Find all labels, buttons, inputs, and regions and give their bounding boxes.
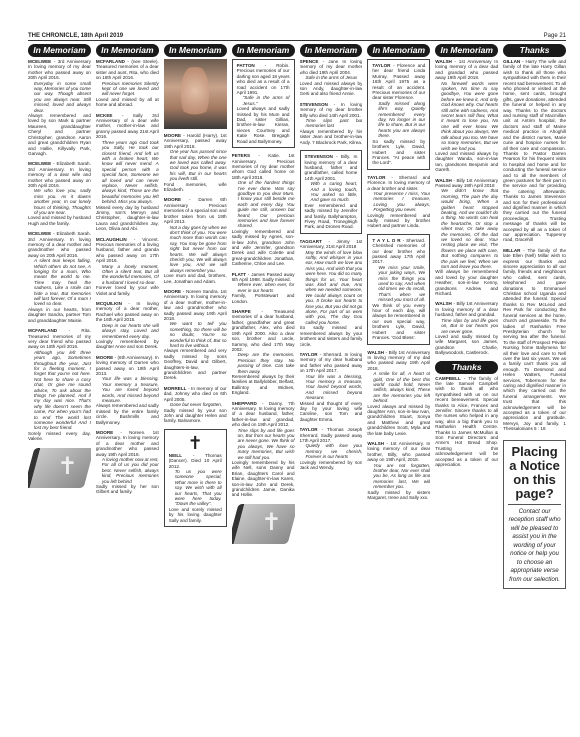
notice-verse: May the winds of love blow softly, And w… [300, 250, 363, 326]
notice: PLATT - James Passed away 6th April 1988… [232, 272, 295, 304]
notice-verse: No farewell words were spoken, No time t… [435, 81, 498, 151]
notice: GILLAN - Harry The wife and family of th… [503, 59, 566, 243]
notice: MCLAUGHLIN - Vincent. Precious memories … [96, 237, 159, 296]
notice-closing: Always in our hearts, from daughter Sand… [28, 307, 91, 323]
notice-closing: Ever remembered and sadly missed by Jenn… [305, 203, 358, 230]
notice-closing: Will always be remembered and loved by y… [435, 269, 498, 296]
notice-closing: Lovingly remembered by daughter Anne and… [96, 339, 159, 349]
notice-verse: Your life was a blessing, Your memory a … [96, 376, 159, 403]
notice: STEVENSON - Billy. In loving memory of a… [300, 150, 363, 234]
notice: WALSH - Billy 1st Anniversary In loving … [435, 301, 498, 355]
notice-verse: One of the hardest things I've ever done… [232, 180, 295, 229]
notice-surname: MOORE [164, 289, 181, 294]
notice-verse: Time slips past but memories last [300, 118, 363, 129]
notice: WALSH - 1st Anniversary In loving memory… [435, 59, 498, 173]
notice: TAGGART - Jimmy 1st Anniversary, 21st Ap… [300, 239, 363, 347]
notice-surname: TAGGART [300, 239, 322, 244]
notice-closing: Loved and missed always by daughter Wand… [435, 151, 498, 172]
section-banner: Thanks [503, 44, 566, 57]
notice-intro: - The family of the late Samuel Campbell… [435, 376, 498, 468]
notice-closing: Missed and thought of every day by your … [300, 401, 363, 422]
notice-verse: Everyday in some small way, Memories of … [28, 81, 91, 113]
notice: TAYLOR - Sherrard and Florence. In lovin… [367, 175, 430, 229]
notice-surname: WALSH [435, 301, 452, 306]
notice-closing: Lovingly remembered and sadly missed by … [232, 229, 295, 266]
notice: MOORE - (6th Anniversary). In loving mem… [96, 355, 159, 425]
notice-verse: Many a lonely moment, Often a silent tea… [96, 264, 159, 286]
notice-verse: Deep in our hearts she will always stay,… [96, 323, 159, 339]
notice: TAYLOR - Thomas Joseph Sherrard. Sadly p… [300, 427, 363, 470]
notice-closing: Loved always and missed by daughter Ann,… [367, 404, 430, 436]
notice-surname: SHARPE [232, 309, 251, 314]
notice-closing: Lovingly remembered by his wife Nell, so… [232, 460, 295, 497]
column-1: In MemoriamMCELWEE - 3rd Anniversary In … [28, 44, 91, 737]
notice: STEVENSON - In loving memory of my dear … [300, 102, 363, 145]
notice: MOORE - Harold (Harry), 1st Anniversary,… [164, 133, 227, 192]
notice-closing: Sadly missed by her son Gilbert and fami… [96, 484, 159, 494]
notice: MCKEE - Sally 3rd Anniversary of a dear … [96, 113, 159, 232]
notice-closing: Sadly missed by your son John and daught… [164, 408, 227, 424]
notice-verse: We want to tell you something, So there … [164, 321, 227, 348]
cross-icon: ✝ [169, 433, 222, 453]
notice-verse: We miss your smile, your joking ways, We… [372, 265, 425, 303]
notice: MCELWEE - Elizabeth Sarah. 3rd Anniversa… [28, 161, 91, 226]
column-8: ThanksGILLAN - Harry The wife and family… [503, 44, 566, 737]
notice: WALSH - Billy 1st Anniversary Passed awa… [435, 178, 498, 297]
placing-notice-box: Placing a Notice on this page?Contact ou… [503, 440, 566, 590]
notice-surname: MCFARLAND [96, 59, 125, 64]
notice-verse: We didn't know that morning, The pain th… [435, 188, 498, 269]
notice-surname: MCFARLAND [28, 328, 57, 333]
notice-surname: WALSH [435, 178, 452, 183]
section-banner: In Memoriam [164, 44, 227, 57]
page-number: Page 21 [544, 33, 566, 39]
notice-surname: MOORE [96, 355, 113, 360]
notice-closing: Lovingly remembered and sadly missed by … [367, 213, 430, 229]
notice-intro: - The family of the late Ellen (Nell) Mi… [503, 248, 566, 431]
notice: CAMPBELL - The family of the late Samuel… [435, 376, 498, 468]
notice-closing: Lovingly remembered by son Jack and Wend… [300, 460, 363, 470]
notice: WALSH - Billy 1st Anniversary In loving … [367, 350, 430, 437]
notice-closing: Missed every day by husband Jimmy, son's… [96, 205, 159, 232]
notice-verse: Not a day goes by when we don't think of… [164, 225, 227, 274]
notice: MOORE - Darren 6th Anniversary Precious … [164, 197, 227, 284]
notice-closing: Forever loved by your wife Violet and fa… [96, 285, 159, 295]
notice: PATTON - Robin. Precious memories of our… [232, 59, 295, 148]
notice: MCELWEE - 3rd Anniversary In loving memo… [28, 59, 91, 156]
notice-surname: STEVENSON [305, 154, 333, 159]
notice-intro: - Noreen Sandra. 1st Anniversary. In lov… [164, 289, 227, 321]
notice: MCFARLAND - Rita. Treasured memories of … [28, 328, 91, 442]
notice: MCQUILKIN - In loving memory of a dear m… [96, 301, 159, 350]
notice-surname: MCELWEE [28, 161, 51, 166]
notice-closing: Always remembered and loved by son Mark … [28, 113, 91, 156]
notice: MCELWEE - Elizabeth Sarah. 3rd Anniversa… [28, 231, 91, 323]
notice-surname: NEILL [169, 453, 182, 458]
notice-closing: Always remembered and very sadly missed … [164, 348, 227, 380]
section-banner: In Memoriam [96, 44, 159, 57]
notice-verse: A silent tear keeps falling, Which other… [28, 258, 91, 307]
notice-closing: So sadly missed by brothers Lyle, David,… [372, 139, 425, 166]
section-banner: In Memoriam [28, 44, 91, 57]
notice-closing: We think of you every hour of each day, … [372, 303, 425, 340]
notice: SPENCE - Jane In loving memory of my dea… [300, 59, 363, 97]
section-banner: Thanks [435, 361, 498, 374]
notice-surname: MILLAR [503, 248, 520, 253]
notice-verse: Where ever, when ever, for ever in our h… [232, 282, 295, 293]
notice-verse: Time slips by and life goes on, But from… [232, 428, 295, 460]
notice-surname: MORRELL [164, 386, 187, 391]
notice-verse: Deep are the memories. Precious they sta… [232, 352, 295, 374]
notice-surname: TAYLOR [300, 352, 318, 357]
notice: T A Y L O R - Sherrard. Cherished memori… [367, 234, 430, 345]
notice-closing: Family, Portstewart and London. [232, 293, 295, 303]
notice-verse: Quietly with love your memory we cherish… [300, 443, 363, 459]
notice-surname: PLATT [232, 272, 246, 277]
notice-surname: MCKEE [96, 113, 113, 118]
notice-closing: Remembered always by their families at B… [232, 374, 295, 395]
notice-closing: Always remembered and sadly missed by th… [96, 403, 159, 424]
notice: WALSH - 1st Anniversary. In loving memor… [367, 441, 430, 500]
notice-intro: - Florence and her dear friend Linda Mur… [372, 63, 425, 100]
notice-closing: Loved and missed by husband Hugh and the… [28, 215, 91, 225]
notice-surname: MCELWEE [28, 59, 51, 64]
notice-verse: Time slips by and life goes on, But in o… [435, 318, 498, 334]
notice-surname: SHEPPARD [232, 401, 257, 406]
notice-surname: PATTON [237, 63, 255, 68]
notice: TAYLOR - Florence and her dear friend Li… [367, 59, 430, 170]
notice-closing: Love mum and dad, brothers, Lee, Jonatha… [164, 273, 227, 283]
notice: ✝NEILL - Thomas (Dancer). Died 10 April … [164, 429, 227, 527]
notice-surname: WALSH [435, 59, 452, 64]
placing-title: Placing a Notice on this page? [508, 445, 561, 505]
notice-surname: TAYLOR [300, 427, 318, 432]
notice-verse: A smile for all, A heart of gold, One of… [367, 371, 430, 403]
column-2: In MemoriamMCFARLAND - (nee Steele). Tre… [96, 44, 159, 737]
notice-closing: Loved always and sadly missed by his Mum… [237, 106, 290, 143]
notice-surname: WALSH [367, 350, 384, 355]
notice-surname: TAYLOR [372, 63, 390, 68]
column-3: In MemoriamMOORE - Harold (Harry), 1st A… [164, 44, 227, 737]
page-header: THE CHRONICLE, 18th April 2019 Page 21 [28, 29, 566, 41]
notice-surname: CAMPBELL [435, 376, 461, 381]
notice-verse: Although you left three years ago, Somet… [28, 350, 91, 431]
notice: SHARPE - Treasured memories of a dear hu… [232, 309, 295, 396]
notice-surname: PETERS [232, 153, 250, 158]
notice-closing: Loved and missed always by son Andy, dau… [300, 81, 363, 97]
notice: MCFARLAND - (nee Steele). Treasured memo… [96, 59, 159, 108]
notice-surname: TAYLOR [367, 175, 385, 180]
column-4: In MemoriamPATTON - Robin. Precious memo… [232, 44, 295, 737]
section-banner: In Memoriam [232, 44, 295, 57]
notice-verse: Sadly missed along life's way, Quietly r… [372, 101, 425, 139]
bible-icon [28, 448, 91, 488]
notice-verse: Precious memories Silently kept of one w… [96, 81, 159, 97]
publication-date: THE CHRONICLE, 18th April 2019 [28, 33, 123, 39]
notice-closing: Loved and missed by all at home and abro… [96, 97, 159, 107]
notice-closing: Sadly missed by sisters Margaret, Irene … [367, 490, 430, 500]
notice: MORRELL - In memory of our dad, Johnny w… [164, 386, 227, 424]
notice-surname: MOORE [164, 197, 181, 202]
notice-surname: WALSH [367, 441, 384, 446]
notice: PETERS - Katie. 1st Anniversary. Preciou… [232, 153, 295, 267]
notice-closing: Fond memories, wife Elizabeth. [164, 182, 227, 192]
column-5: In MemoriamSPENCE - Jane In loving memor… [300, 44, 363, 737]
placing-body: Contact our reception staff who will be … [508, 508, 561, 585]
bible-icon [232, 504, 295, 544]
notice-surname: MOORE [164, 133, 181, 138]
notice-surname: MCQUILKIN [96, 301, 122, 306]
notice-surname: T A Y L O R [372, 238, 400, 243]
section-banner: In Memoriam [300, 44, 363, 57]
notice-verse: Your presence I miss, Your memories I tr… [367, 191, 430, 213]
portrait-photo [164, 59, 227, 129]
notice: SHEPPARD - Danny. 7th Anniversary. In lo… [232, 401, 295, 498]
column-6: In MemoriamTAYLOR - Florence and her dea… [367, 44, 430, 737]
notice: TAYLOR - Sherrard. In loving memory of m… [300, 352, 363, 422]
section-banner: In Memoriam [367, 44, 430, 57]
notice-verse: With a caring heart, And a loving touch,… [305, 181, 358, 203]
notice-closing: Loved and sadly missed by wife Margaret,… [435, 334, 498, 355]
notice-verse: To us you were someone special, What mor… [169, 469, 222, 507]
notice-surname: SPENCE [300, 59, 319, 64]
notice-verse: We who love you, sadly miss you. As it d… [28, 188, 91, 215]
notice-surname: STEVENSON [300, 102, 328, 107]
notice-surname: MCLAUGHLIN [96, 237, 127, 242]
notice: MOORE - Noreen Sandra. 1st Anniversary. … [164, 289, 227, 381]
notice-verse: "Safe in the arms of Jesus." [237, 95, 290, 106]
notice-verse: One year has passed since that sad day, … [164, 149, 227, 181]
notice: MOORE - Noreen. 1st Anniversary. In lovi… [96, 430, 159, 495]
notice-verse: Your life was a blessing, Your memory a … [300, 374, 363, 401]
notice-intro: - Harry The wife and family of the late … [503, 59, 566, 242]
notice-closing: Always remembered by his sister Jean and… [300, 129, 363, 145]
notice-verse: You are not forgotten, brother dear, Nor… [367, 463, 430, 490]
notice-verse: Three years ago God took you Sally, He t… [96, 140, 159, 205]
notice: MILLAR - The family of the late Ellen (N… [503, 248, 566, 432]
notice-closing: Love and sorely missed by his loving dau… [169, 507, 222, 523]
notice-surname: GILLAN [503, 59, 520, 64]
notice-verse: A loving mother now at rest, For all of … [96, 457, 159, 484]
section-banner: In Memoriam [435, 44, 498, 57]
notice-intro: - Treasured memories of a dear husband, … [232, 309, 295, 352]
notice-surname: MOORE [96, 430, 113, 435]
notice-closing: Sorely missed every day. Valerie. [28, 431, 91, 441]
notice-closing: So sadly missed and remembered always by… [300, 325, 363, 346]
column-7: In MemoriamWALSH - 1st Anniversary In lo… [435, 44, 498, 737]
notice-intro: - Robin. Precious memories of our darlin… [237, 63, 290, 95]
notice-surname: MCELWEE [28, 231, 51, 236]
notice-columns: In MemoriamMCELWEE - 3rd Anniversary In … [28, 44, 566, 737]
